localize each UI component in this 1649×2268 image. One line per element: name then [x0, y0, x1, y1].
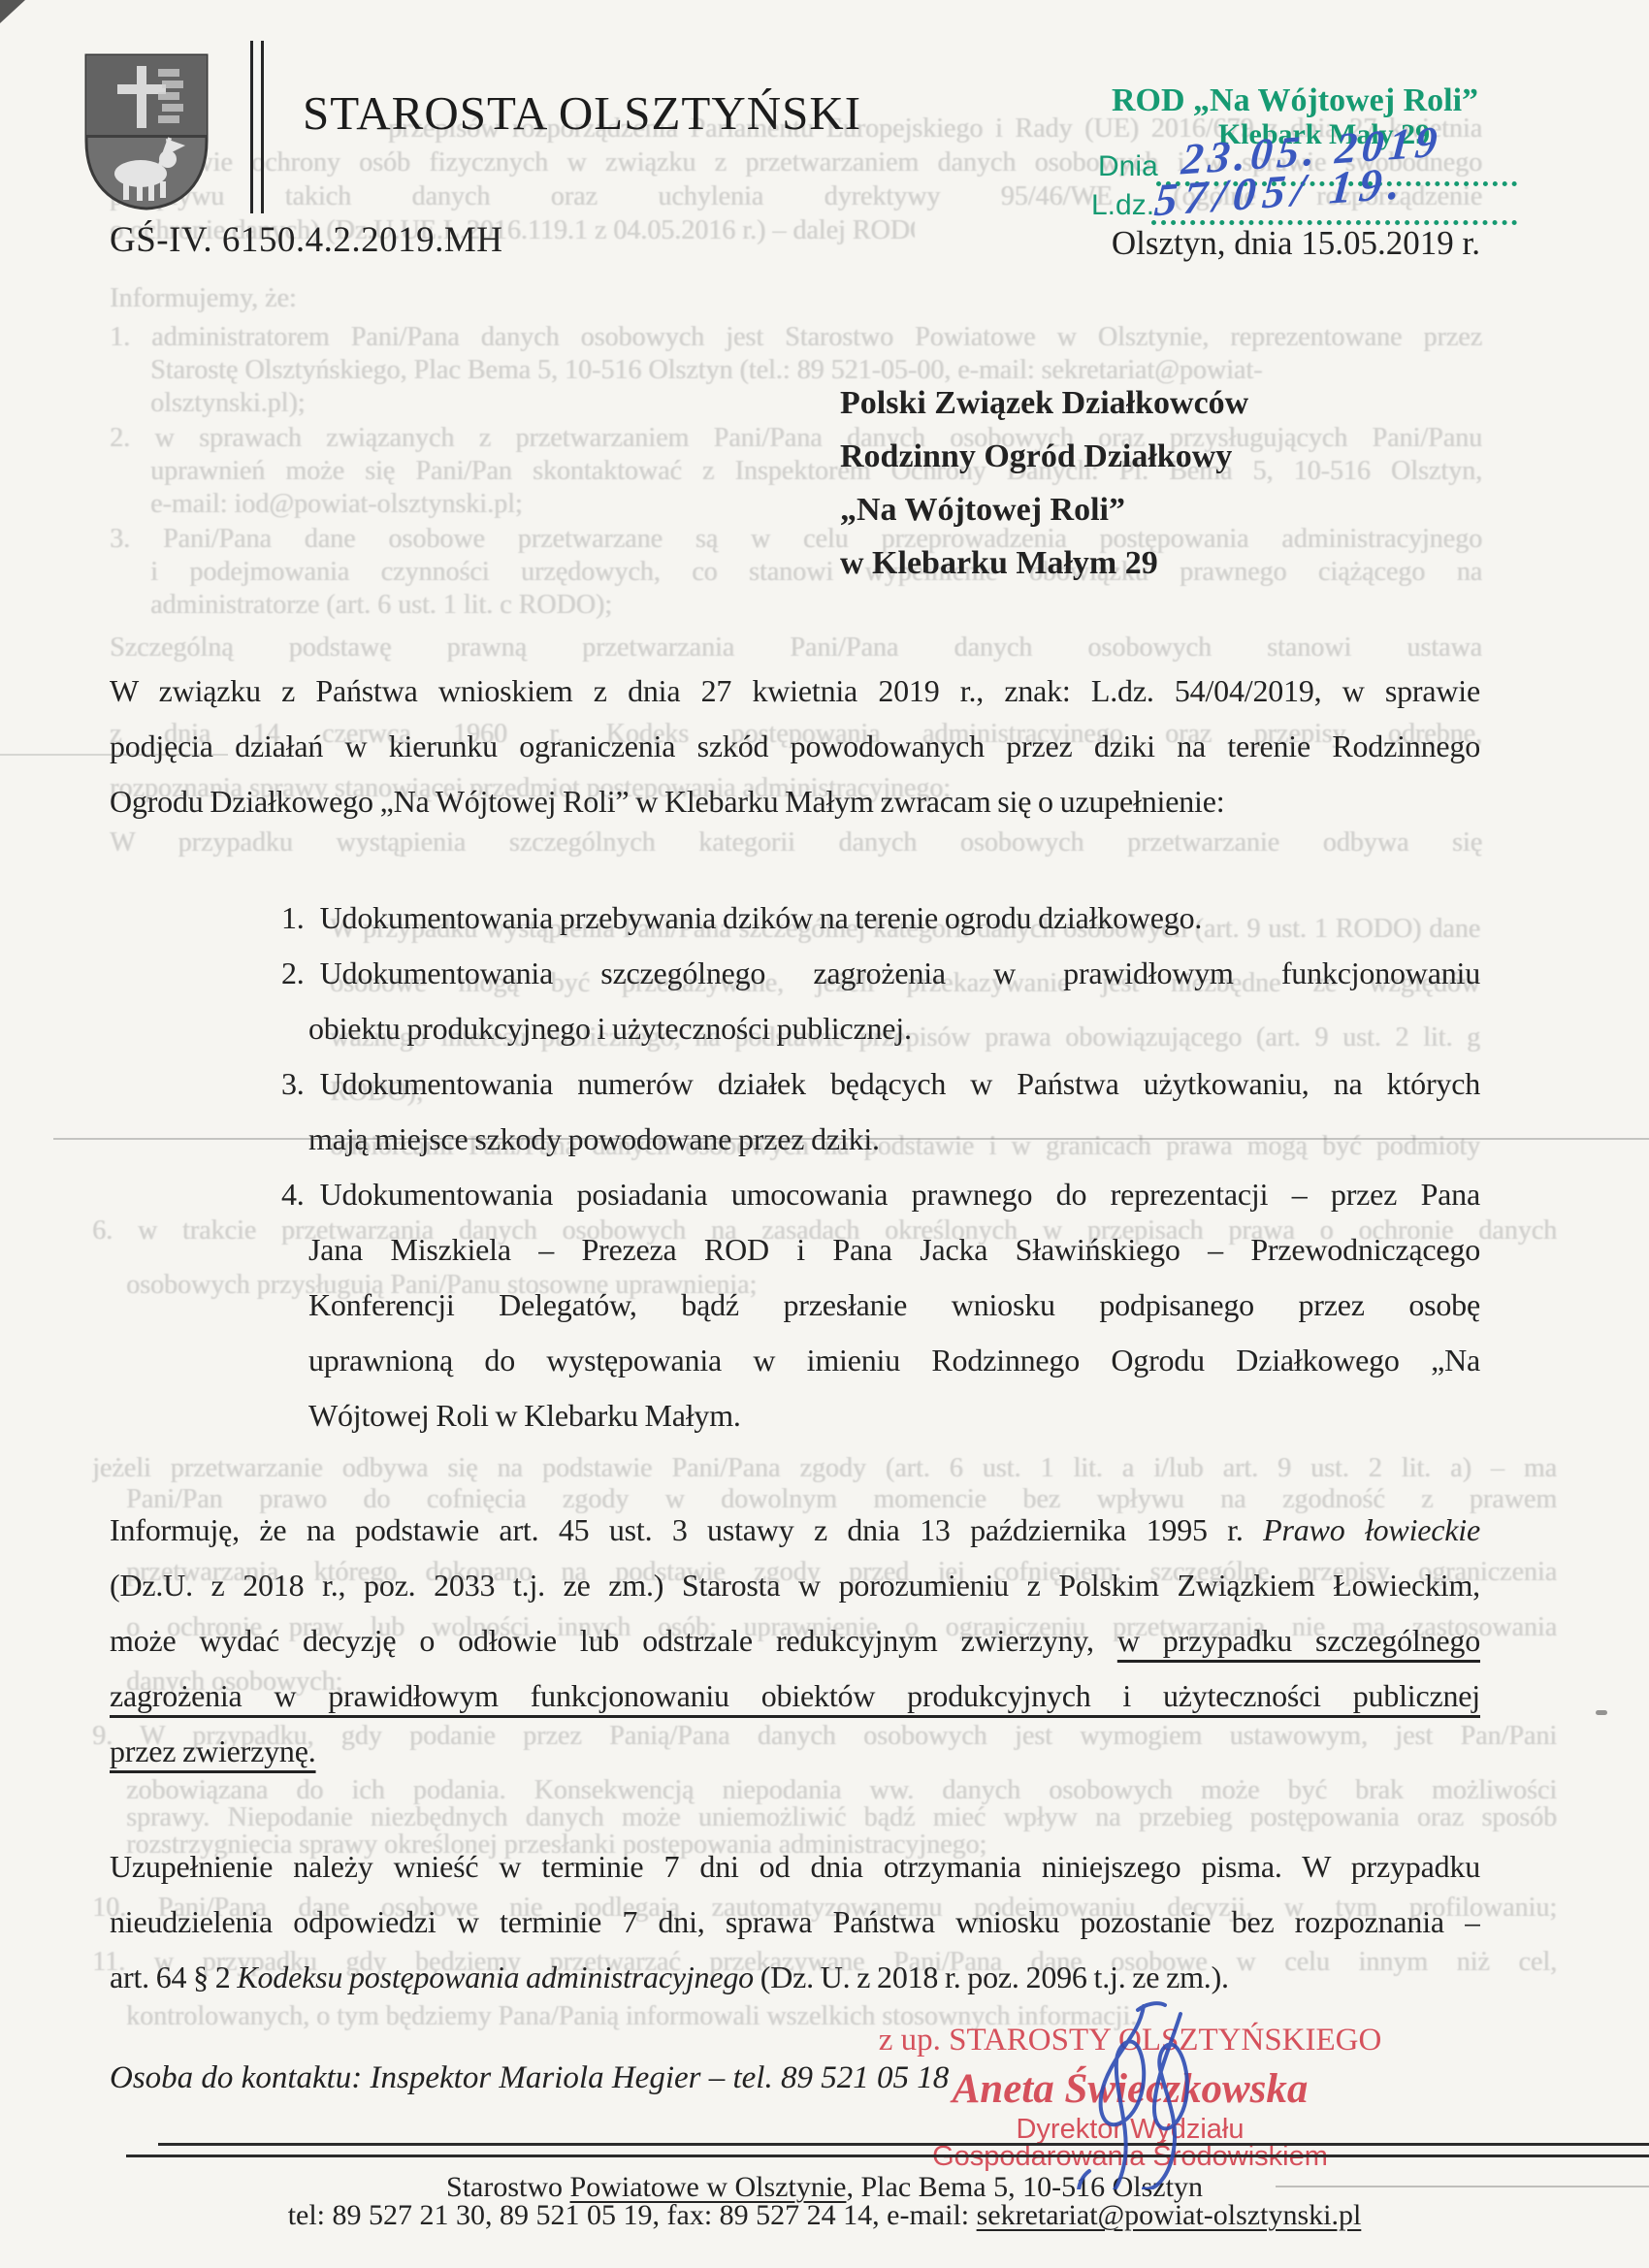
addressee-line: w Klebarku Małym 29	[840, 536, 1248, 590]
list-number: 4.	[281, 1177, 320, 1212]
text-line: W związku z Państwa wnioskiem z dnia 27 …	[110, 664, 1480, 719]
bleed-through-line: W przypadku wystąpienia szczególnych kat…	[110, 827, 1482, 859]
place-and-date: Olsztyn, dnia 15.05.2019 r.	[1112, 224, 1480, 263]
scan-crease-line	[0, 754, 228, 756]
list-item-continuation: obiektu produkcyjnego i użyteczności pub…	[281, 1001, 1480, 1056]
text-line: Uzupełnienie należy wnieść w terminie 7 …	[110, 1839, 1480, 1895]
legal-basis-paragraph: Informuję, że na podstawie art. 45 ust. …	[110, 1503, 1480, 1779]
received-stamp-ldz-label: L.dz.	[1091, 189, 1154, 222]
list-text: Udokumentowania posiadania umocowania pr…	[320, 1177, 1480, 1212]
list-number: 3.	[281, 1066, 320, 1101]
list-item-continuation: uprawnioną do występowania w imieniu Rod…	[281, 1333, 1480, 1388]
bleed-through-line: Informujemy, że:	[110, 283, 517, 315]
coat-of-arms-icon	[82, 51, 210, 212]
bleed-through-line: Starostę Olsztyńskiego, Plac Bema 5, 10-…	[150, 355, 1482, 387]
footer-rule	[158, 2143, 1649, 2146]
requirements-list: 1.Udokumentowania przebywania dzików na …	[281, 891, 1480, 1443]
text-line: (Dz.U. z 2018 r., poz. 2033 t.j. ze zm.)…	[110, 1558, 1480, 1613]
scanned-letter-page: przepisów rozporządzenia Parlamentu Euro…	[0, 0, 1649, 2268]
underlined-text: zagrożenia w prawidłowym funkcjonowaniu …	[110, 1678, 1480, 1713]
handwritten-signature	[1023, 1991, 1305, 2189]
letterhead-divider	[250, 41, 264, 213]
text-line: może wydać decyzję o odłowie lub odstrza…	[110, 1613, 1480, 1669]
footer-block: Starostwo Powiatowe w Olsztynie, Plac Be…	[0, 2173, 1649, 2229]
bleed-through-line: administratorze (art. 6 ust. 1 lit. c RO…	[150, 590, 955, 622]
text-line: przez zwierzynę.	[110, 1724, 1480, 1779]
contact-person-line: Osoba do kontaktu: Inspektor Mariola Heg…	[110, 2060, 949, 2096]
addressee-line: Rodzinny Ogród Działkowy	[840, 430, 1248, 483]
text-segment: (Dz. U. z 2018 r. poz. 2096 t.j. ze zm.)…	[754, 1960, 1229, 1994]
addressee-line: „Na Wójtowej Roli”	[840, 483, 1248, 536]
addressee-line: Polski Związek Działkowców	[840, 376, 1248, 430]
scan-speck	[1596, 1710, 1607, 1715]
list-item: 2.Udokumentowania szczególnego zagrożeni…	[281, 946, 1480, 1001]
bleed-through-line: 3. Pani/Pana dane osobowe przetwarzane s…	[110, 524, 1482, 556]
received-stamp-org: ROD „Na Wójtowej Roli”	[1067, 82, 1523, 119]
case-reference: GŚ-IV. 6150.4.2.2019.MH	[110, 219, 503, 261]
text-line: podjęcia działań w kierunku ograniczenia…	[110, 719, 1480, 774]
addressee-block: Polski Związek Działkowców Rodzinny Ogró…	[840, 376, 1248, 590]
footer-contact-line: tel: 89 527 21 30, 89 521 05 19, fax: 89…	[0, 2201, 1649, 2229]
list-item: 3.Udokumentowania numerów działek będący…	[281, 1056, 1480, 1112]
letterhead-title: STAROSTA OLSZTYŃSKI	[303, 85, 861, 141]
list-text: Udokumentowania numerów działek będących…	[320, 1066, 1480, 1101]
scan-corner-artifact	[0, 0, 25, 23]
list-text: Udokumentowania przebywania dzików na te…	[320, 900, 1203, 935]
text-segment: może wydać decyzję o odłowie lub odstrza…	[110, 1623, 1117, 1658]
list-item-continuation: Wójtowej Roli w Klebarku Małym.	[281, 1388, 1480, 1443]
list-item: 1.Udokumentowania przebywania dzików na …	[281, 891, 1480, 946]
text-line: Informuję, że na podstawie art. 45 ust. …	[110, 1503, 1480, 1558]
underlined-text: przez zwierzynę.	[110, 1733, 316, 1768]
bleed-through-line: e-mail: iod@powiat-olsztynski.pl;	[150, 489, 849, 521]
text-line: zagrożenia w prawidłowym funkcjonowaniu …	[110, 1669, 1480, 1724]
list-number: 1.	[281, 900, 320, 935]
deadline-paragraph: Uzupełnienie należy wnieść w terminie 7 …	[110, 1839, 1480, 2005]
received-stamp-date-label: Dnia	[1098, 150, 1158, 183]
scan-crease-line	[53, 1138, 1649, 1140]
bleed-through-line: Szczególną podstawę prawną przetwarzania…	[110, 632, 1482, 664]
bleed-through-line: 2. w sprawach związanych z przetwarzanie…	[110, 423, 1482, 455]
text-segment: Informuję, że na podstawie art. 45 ust. …	[110, 1512, 1263, 1547]
scan-streak	[1276, 2186, 1649, 2187]
list-item-continuation: Jana Miszkiela – Prezeza ROD i Pana Jack…	[281, 1222, 1480, 1278]
bleed-through-line: uprawnień może się Pani/Pan skontaktować…	[150, 456, 1482, 488]
bleed-through-line: olsztynski.pl);	[150, 388, 655, 420]
intro-paragraph: W związku z Państwa wnioskiem z dnia 27 …	[110, 664, 1480, 829]
text-line: Ogrodu Działkowego „Na Wójtowej Roli” w …	[110, 774, 1480, 829]
text-segment: art. 64 § 2	[110, 1960, 237, 1994]
underlined-text: w przypadku szczególnego	[1117, 1623, 1480, 1658]
list-text: Udokumentowania szczególnego zagrożenia …	[320, 956, 1480, 990]
bleed-through-line: 1. administratorem Pani/Pana danych osob…	[110, 322, 1482, 354]
act-title-italic: Prawo łowieckie	[1263, 1512, 1480, 1547]
list-item: 4.Udokumentowania posiadania umocowania …	[281, 1167, 1480, 1222]
bleed-through-line: jeżeli przetwarzanie odbywa się na podst…	[92, 1453, 1557, 1485]
email-text: sekretariat@powiat-olsztynski.pl	[977, 2199, 1362, 2231]
act-title-italic: Kodeksu postępowania administracyjnego	[237, 1960, 754, 1994]
text-segment: tel: 89 527 21 30, 89 521 05 19, fax: 89…	[288, 2199, 977, 2231]
footer-rule	[126, 2155, 1649, 2157]
list-number: 2.	[281, 956, 320, 990]
list-item-continuation: Konferencji Delegatów, bądź przesłanie w…	[281, 1278, 1480, 1333]
text-line: nieudzielenia odpowiedzi w terminie 7 dn…	[110, 1895, 1480, 1950]
bleed-through-line: i podejmowania czynności urzędowych, co …	[150, 557, 1482, 589]
